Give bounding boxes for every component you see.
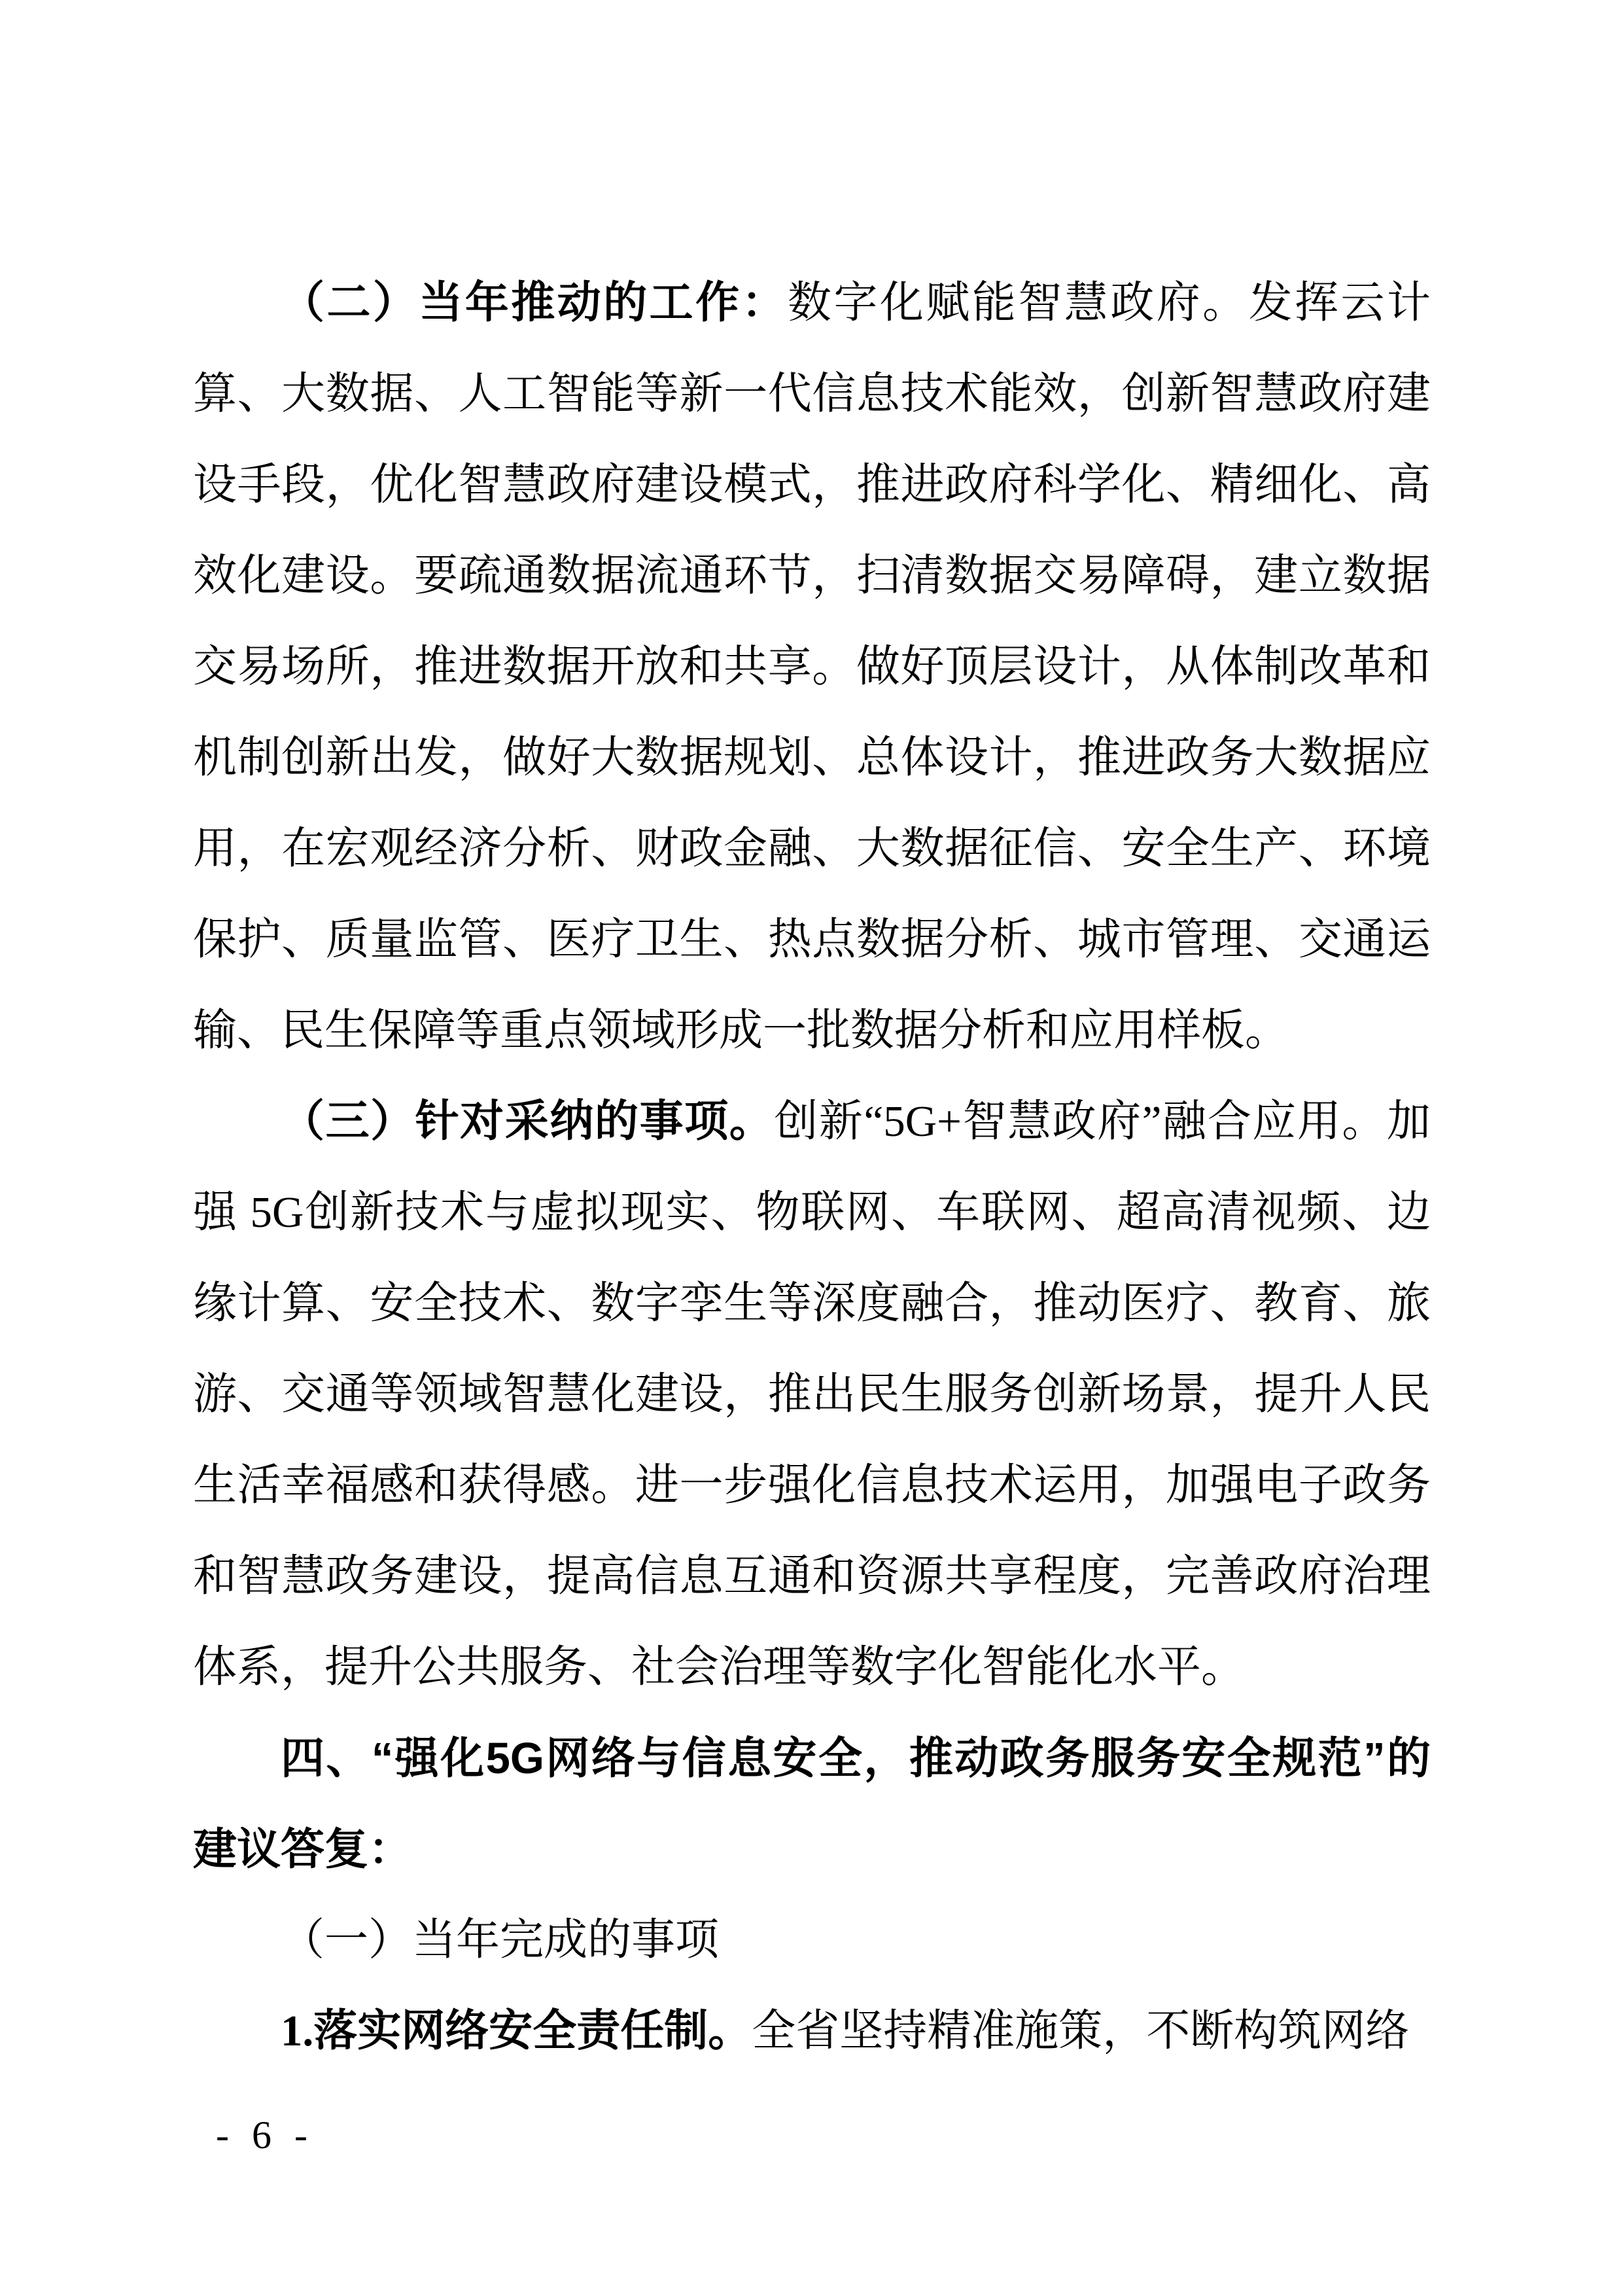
- section-4-subheading-1: （一）当年完成的事项: [193, 1895, 1431, 1986]
- paragraph-section-3-lead: （三）针对采纳的事项。: [281, 1097, 774, 1146]
- paragraph-item-1: 1.落实网络安全责任制。全省坚持精准施策，不断构筑网络: [193, 1986, 1431, 2077]
- paragraph-section-2: （二）当年推动的工作：数字化赋能智慧政府。发挥云计算、大数据、人工智能等新一代信…: [193, 258, 1431, 1076]
- document-page: （二）当年推动的工作：数字化赋能智慧政府。发挥云计算、大数据、人工智能等新一代信…: [0, 0, 1623, 2296]
- paragraph-section-3: （三）针对采纳的事项。创新“5G+智慧政府”融合应用。加强 5G创新技术与虚拟现…: [193, 1076, 1431, 1713]
- paragraph-item-1-text: 全省坚持精准施策，不断构筑网络: [752, 2007, 1409, 2055]
- paragraph-section-2-text: 数字化赋能智慧政府。发挥云计算、大数据、人工智能等新一代信息技术能效，创新智慧政…: [193, 279, 1431, 1055]
- paragraph-section-2-lead: （二）当年推动的工作：: [281, 279, 788, 327]
- document-body: （二）当年推动的工作：数字化赋能智慧政府。发挥云计算、大数据、人工智能等新一代信…: [193, 258, 1431, 2077]
- paragraph-item-1-lead: 1.落实网络安全责任制。: [281, 2007, 752, 2055]
- page-number: - 6 -: [216, 2112, 314, 2158]
- paragraph-section-3-text: 创新“5G+智慧政府”融合应用。加强 5G创新技术与虚拟现实、物联网、车联网、超…: [193, 1097, 1431, 1691]
- section-4-heading: 四、“强化5G网络与信息安全，推动政务服务安全规范”的建议答复：: [193, 1713, 1431, 1895]
